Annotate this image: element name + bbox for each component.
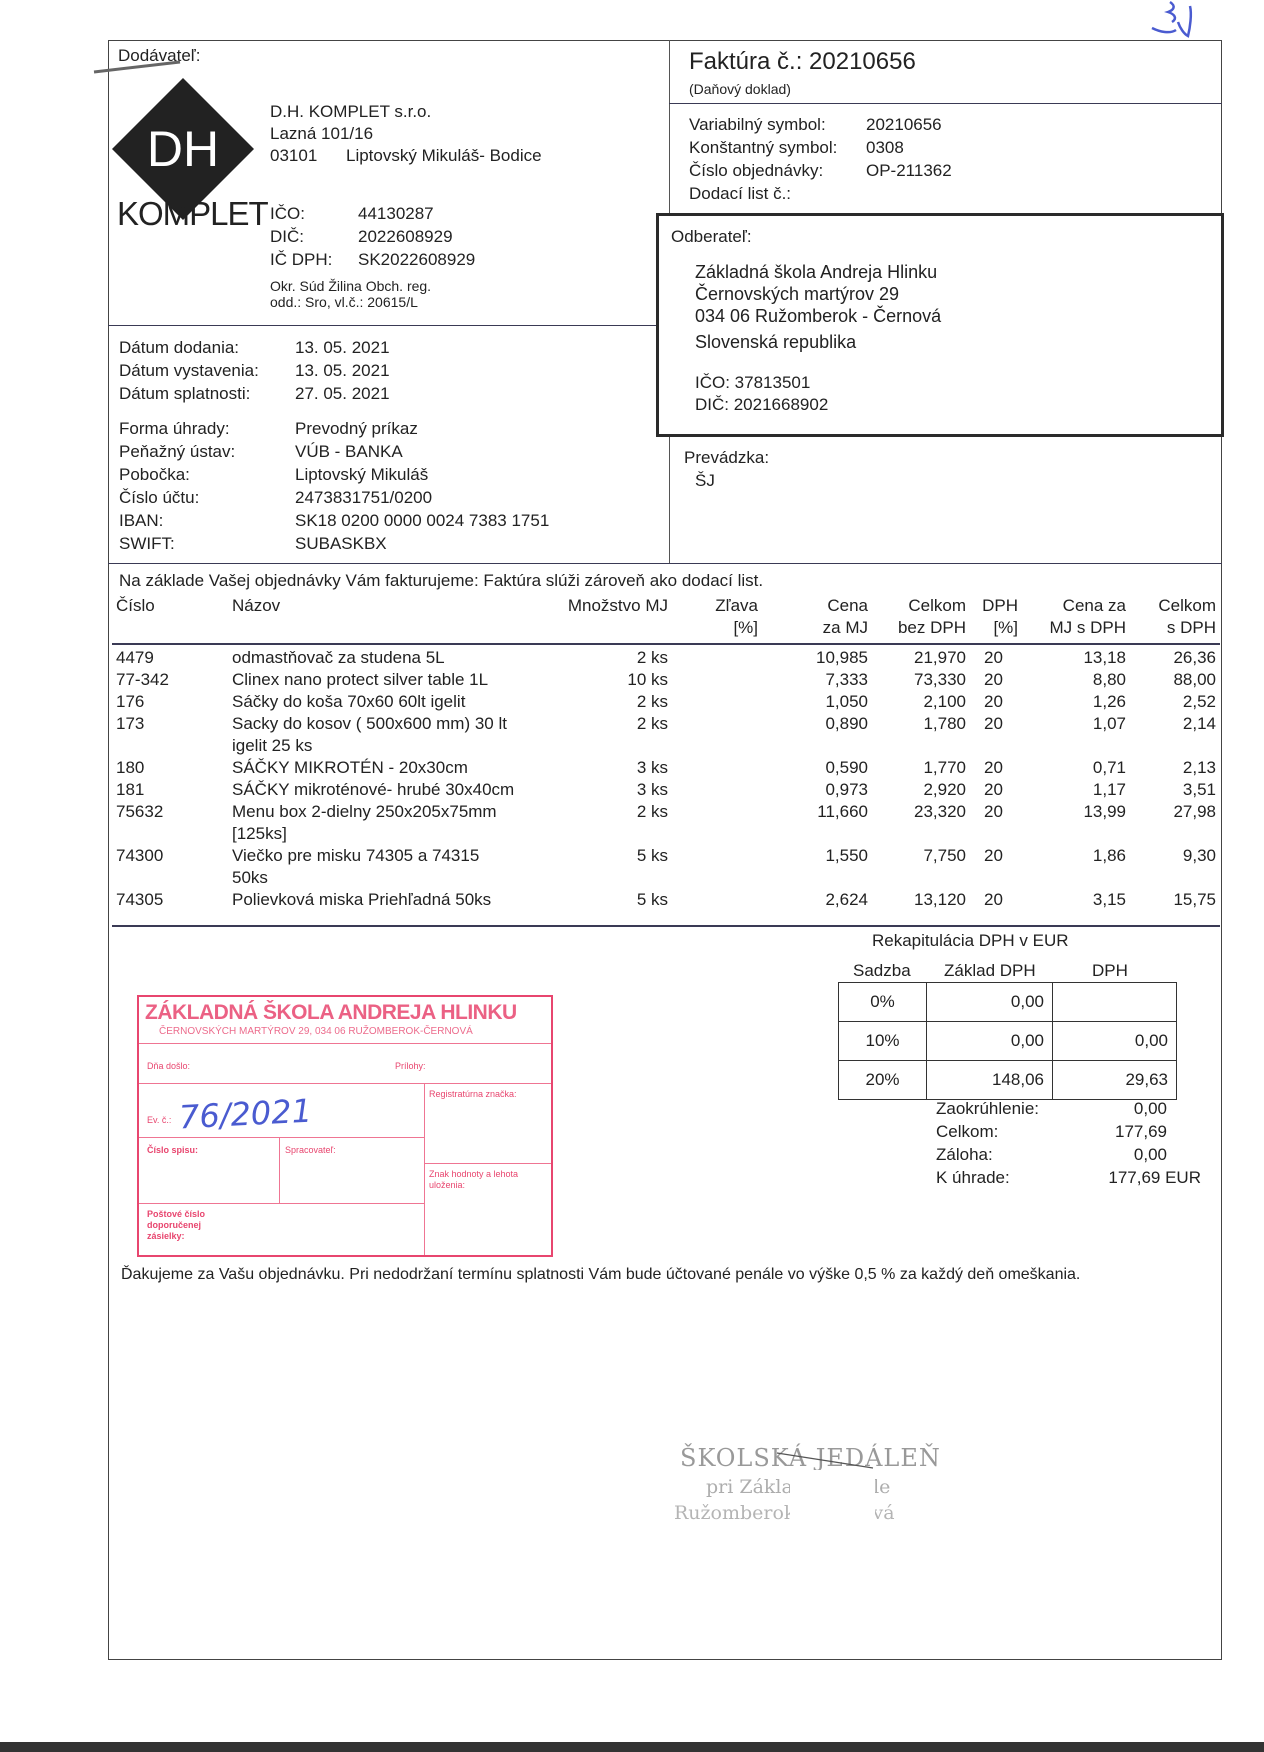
item-discount <box>672 845 762 889</box>
school-stamp-strike <box>775 1450 875 1470</box>
item-total-net: 1,780 <box>872 713 970 757</box>
item-vat: 20 <box>970 889 1022 911</box>
item-name: Menu box 2-dielny 250x205x75mm [125ks] <box>228 801 538 845</box>
total-value: 177,69 <box>1115 1121 1167 1143</box>
item-discount <box>672 801 762 845</box>
item-code: 181 <box>112 779 228 801</box>
item-vat: 20 <box>970 669 1022 691</box>
item-name: Sáčky do koša 70x60 60lt igelit <box>228 691 538 713</box>
invoice-title-line <box>669 103 1222 104</box>
stamp-file-label: Číslo spisu: <box>147 1145 198 1156</box>
supplier-bottom-line <box>108 325 669 326</box>
item-total-net: 73,330 <box>872 669 970 691</box>
item-code: 74305 <box>112 889 228 911</box>
item-vat: 20 <box>970 691 1022 713</box>
item-unit-gross: 1,26 <box>1022 691 1130 713</box>
item-total-gross: 88,00 <box>1130 669 1220 691</box>
invoice-field-label: Variabilný symbol: <box>689 114 826 136</box>
item-total-gross: 9,30 <box>1130 845 1220 889</box>
item-discount <box>672 669 762 691</box>
invoice-field-label: Číslo objednávky: <box>689 160 823 182</box>
column-header: Číslo <box>112 595 228 641</box>
vat-base: 0,00 <box>927 983 1053 1022</box>
customer-country: Slovenská republika <box>695 331 856 353</box>
vat-base: 0,00 <box>927 1022 1053 1061</box>
vat-base: 148,06 <box>927 1061 1053 1100</box>
table-top-line <box>108 563 1222 564</box>
scan-edge <box>0 1742 1264 1752</box>
item-code: 4479 <box>112 647 228 669</box>
item-vat: 20 <box>970 845 1022 889</box>
vat-recap-row: 0%0,00 <box>839 983 1177 1022</box>
item-unit-gross: 0,71 <box>1022 757 1130 779</box>
item-qty: 2 ks <box>538 691 672 713</box>
item-total-gross: 2,13 <box>1130 757 1220 779</box>
item-code: 75632 <box>112 801 228 845</box>
supplier-registry-1: Okr. Súd Žilina Obch. reg. <box>270 278 431 295</box>
item-code: 77-342 <box>112 669 228 691</box>
item-unit-gross: 3,15 <box>1022 889 1130 911</box>
column-header: Cena zaMJ s DPH <box>1022 595 1130 641</box>
premises-value: ŠJ <box>695 470 715 492</box>
date-label: Dátum splatnosti: <box>119 383 250 405</box>
table-row: 173Sacky do kosov ( 500x600 mm) 30 lt ig… <box>112 713 1220 757</box>
item-total-gross: 2,52 <box>1130 691 1220 713</box>
item-total-net: 21,970 <box>872 647 970 669</box>
stamp-reg-mark-label: Registratúrna značka: <box>429 1089 517 1100</box>
item-discount <box>672 757 762 779</box>
payment-value: 2473831751/0200 <box>295 487 432 509</box>
item-discount <box>672 713 762 757</box>
payment-label: Pobočka: <box>119 464 190 486</box>
item-qty: 5 ks <box>538 845 672 889</box>
vat-amount <box>1053 983 1177 1022</box>
item-name: Sacky do kosov ( 500x600 mm) 30 lt igeli… <box>228 713 538 757</box>
item-unit-price: 0,890 <box>762 713 872 757</box>
item-name: Clinex nano protect silver table 1L <box>228 669 538 691</box>
table-row: 74300Viečko pre misku 74305 a 74315 50ks… <box>112 845 1220 889</box>
item-vat: 20 <box>970 779 1022 801</box>
total-label: K úhrade: <box>936 1167 1010 1189</box>
supplier-city: Liptovský Mikuláš- Bodice <box>346 145 542 167</box>
vat-amount: 0,00 <box>1053 1022 1177 1061</box>
item-vat: 20 <box>970 647 1022 669</box>
column-header: Cenaza MJ <box>762 595 872 641</box>
table-row: 75632Menu box 2-dielny 250x205x75mm [125… <box>112 801 1220 845</box>
handwritten-initials <box>1148 0 1208 40</box>
item-qty: 3 ks <box>538 779 672 801</box>
vat-rate: 10% <box>839 1022 927 1061</box>
item-total-gross: 26,36 <box>1130 647 1220 669</box>
item-discount <box>672 779 762 801</box>
invoice-field-label: Dodací list č.: <box>689 183 791 205</box>
item-unit-price: 11,660 <box>762 801 872 845</box>
customer-name: Základná škola Andreja Hlinku <box>695 261 937 283</box>
vat-recap-row: 20%148,0629,63 <box>839 1061 1177 1100</box>
item-code: 74300 <box>112 845 228 889</box>
item-code: 173 <box>112 713 228 757</box>
vat-rate: 0% <box>839 983 927 1022</box>
table-row: 180SÁČKY MIKROTÉN - 20x30cm3 ks0,5901,77… <box>112 757 1220 779</box>
item-unit-price: 10,985 <box>762 647 872 669</box>
footer-text: Ďakujeme za Vašu objednávku. Pri nedodrž… <box>121 1264 1131 1285</box>
item-total-net: 13,120 <box>872 889 970 911</box>
item-name: SÁČKY MIKROTÉN - 20x30cm <box>228 757 538 779</box>
items-table: ČísloNázovMnožstvo MJZľava[%]Cenaza MJCe… <box>112 595 1220 911</box>
total-label: Zaokrúhlenie: <box>936 1098 1039 1120</box>
supplier-icdph: SK2022608929 <box>358 249 475 271</box>
item-qty: 2 ks <box>538 647 672 669</box>
item-total-net: 2,920 <box>872 779 970 801</box>
table-bottom-line <box>112 925 1220 927</box>
invoice-field-value: 0308 <box>866 137 904 159</box>
date-value: 13. 05. 2021 <box>295 337 390 359</box>
stamp-retention-label: Znak hodnoty a lehota uloženia: <box>429 1169 539 1191</box>
vat-recap-title: Rekapitulácia DPH v EUR <box>872 930 1069 952</box>
item-qty: 10 ks <box>538 669 672 691</box>
payment-label: IBAN: <box>119 510 163 532</box>
pen-stroke-mark <box>92 58 182 78</box>
payment-label: Peňažný ústav: <box>119 441 235 463</box>
item-unit-gross: 1,07 <box>1022 713 1130 757</box>
premises-label: Prevádzka: <box>684 447 769 469</box>
item-total-net: 7,750 <box>872 845 970 889</box>
vat-amount: 29,63 <box>1053 1061 1177 1100</box>
intro-text: Na základe Vašej objednávky Vám fakturuj… <box>119 570 763 592</box>
item-total-net: 1,770 <box>872 757 970 779</box>
item-total-gross: 27,98 <box>1130 801 1220 845</box>
vat-recap-header-base: Základ DPH <box>944 960 1036 982</box>
item-unit-gross: 1,17 <box>1022 779 1130 801</box>
payment-value: SK18 0200 0000 0024 7383 1751 <box>295 510 549 532</box>
payment-value: Liptovský Mikuláš <box>295 464 428 486</box>
table-row: 176Sáčky do koša 70x60 60lt igelit2 ks1,… <box>112 691 1220 713</box>
total-value: 177,69 EUR <box>1108 1167 1201 1189</box>
item-unit-price: 1,550 <box>762 845 872 889</box>
vat-recap-table: 0%0,0010%0,000,0020%148,0629,63 <box>838 982 1177 1100</box>
item-unit-price: 2,624 <box>762 889 872 911</box>
supplier-ico: 44130287 <box>358 203 434 225</box>
invoice-subtitle: (Daňový doklad) <box>689 81 791 98</box>
vat-rate: 20% <box>839 1061 927 1100</box>
item-qty: 3 ks <box>538 757 672 779</box>
supplier-dic: 2022608929 <box>358 226 453 248</box>
item-discount <box>672 647 762 669</box>
table-row: 181SÁČKY mikroténové- hrubé 30x40cm3 ks0… <box>112 779 1220 801</box>
supplier-ico-label: IČO: <box>270 203 305 225</box>
stamp-handler-label: Spracovateľ: <box>285 1145 336 1156</box>
item-total-net: 23,320 <box>872 801 970 845</box>
customer-label: Odberateľ: <box>671 226 752 248</box>
item-vat: 20 <box>970 757 1022 779</box>
item-unit-gross: 8,80 <box>1022 669 1130 691</box>
date-label: Dátum vystavenia: <box>119 360 259 382</box>
item-qty: 2 ks <box>538 713 672 757</box>
payment-value: Prevodný príkaz <box>295 418 418 440</box>
item-qty: 5 ks <box>538 889 672 911</box>
column-header: Zľava[%] <box>672 595 762 641</box>
stamp-received-label: Dňa došlo: <box>147 1061 190 1072</box>
total-label: Celkom: <box>936 1121 998 1143</box>
supplier-name: D.H. KOMPLET s.r.o. <box>270 101 431 123</box>
stamp-postal-label: Poštové číslo doporučenej zásielky: <box>147 1209 237 1242</box>
total-label: Záloha: <box>936 1144 993 1166</box>
column-header: Množstvo MJ <box>538 595 672 641</box>
customer-dic: DIČ: 2021668902 <box>695 394 828 416</box>
logo-wordmark: KOMPLET <box>117 196 268 232</box>
item-unit-price: 0,973 <box>762 779 872 801</box>
vat-recap-row: 10%0,000,00 <box>839 1022 1177 1061</box>
payment-label: Číslo účtu: <box>119 487 199 509</box>
stamp-reg-label: Ev. č.: <box>147 1115 171 1126</box>
supplier-street: Lazná 101/16 <box>270 123 373 145</box>
stamp-attachments-label: Prílohy: <box>395 1061 426 1072</box>
supplier-zip: 03101 <box>270 145 317 167</box>
stamp-subheader: ČERNOVSKÝCH MARTÝROV 29, 034 06 RUŽOMBER… <box>159 1026 473 1037</box>
invoice-field-value: 20210656 <box>866 114 942 136</box>
item-unit-gross: 13,99 <box>1022 801 1130 845</box>
item-name: Polievková miska Priehľadná 50ks <box>228 889 538 911</box>
registry-stamp: ZÁKLADNÁ ŠKOLA ANDREJA HLINKU ČERNOVSKÝC… <box>137 995 553 1257</box>
item-total-gross: 15,75 <box>1130 889 1220 911</box>
item-vat: 20 <box>970 801 1022 845</box>
customer-street: Černovských martýrov 29 <box>695 283 899 305</box>
invoice-field-label: Konštantný symbol: <box>689 137 837 159</box>
item-unit-price: 1,050 <box>762 691 872 713</box>
supplier-icdph-label: IČ DPH: <box>270 249 332 271</box>
item-unit-price: 7,333 <box>762 669 872 691</box>
column-header: Celkombez DPH <box>872 595 970 641</box>
customer-ico: IČO: 37813501 <box>695 372 810 394</box>
svg-text:DH: DH <box>147 121 219 177</box>
school-stamp-cover <box>790 1470 875 1530</box>
column-header: Názov <box>228 595 538 641</box>
item-code: 176 <box>112 691 228 713</box>
item-total-net: 2,100 <box>872 691 970 713</box>
item-name: SÁČKY mikroténové- hrubé 30x40cm <box>228 779 538 801</box>
item-total-gross: 3,51 <box>1130 779 1220 801</box>
date-label: Dátum dodania: <box>119 337 239 359</box>
payment-value: VÚB - BANKA <box>295 441 403 463</box>
supplier-dic-label: DIČ: <box>270 226 304 248</box>
item-name: Viečko pre misku 74305 a 74315 50ks <box>228 845 538 889</box>
invoice-field-value: OP-211362 <box>866 160 952 182</box>
table-row: 4479odmastňovač za studena 5L2 ks10,9852… <box>112 647 1220 669</box>
item-discount <box>672 691 762 713</box>
column-header: DPH[%] <box>970 595 1022 641</box>
vat-recap-header-rate: Sadzba <box>853 960 911 982</box>
item-unit-price: 0,590 <box>762 757 872 779</box>
stamp-reg-value: 76/2021 <box>178 1092 313 1137</box>
vat-recap-header-vat: DPH <box>1092 960 1128 982</box>
table-row: 77-342Clinex nano protect silver table 1… <box>112 669 1220 691</box>
item-name: odmastňovač za studena 5L <box>228 647 538 669</box>
payment-label: SWIFT: <box>119 533 175 555</box>
date-value: 27. 05. 2021 <box>295 383 390 405</box>
stamp-header: ZÁKLADNÁ ŠKOLA ANDREJA HLINKU <box>145 1001 517 1025</box>
item-vat: 20 <box>970 713 1022 757</box>
invoice-title: Faktúra č.: 20210656 <box>689 48 916 76</box>
total-value: 0,00 <box>1134 1098 1167 1120</box>
payment-label: Forma úhrady: <box>119 418 230 440</box>
customer-city: 034 06 Ružomberok - Černová <box>695 305 941 327</box>
date-value: 13. 05. 2021 <box>295 360 390 382</box>
table-row: 74305Polievková miska Priehľadná 50ks5 k… <box>112 889 1220 911</box>
item-discount <box>672 889 762 911</box>
payment-value: SUBASKBX <box>295 533 387 555</box>
total-value: 0,00 <box>1134 1144 1167 1166</box>
item-total-gross: 2,14 <box>1130 713 1220 757</box>
item-unit-gross: 1,86 <box>1022 845 1130 889</box>
item-unit-gross: 13,18 <box>1022 647 1130 669</box>
column-header: Celkoms DPH <box>1130 595 1220 641</box>
supplier-registry-2: odd.: Sro, vl.č.: 20615/L <box>270 294 418 311</box>
item-code: 180 <box>112 757 228 779</box>
item-qty: 2 ks <box>538 801 672 845</box>
